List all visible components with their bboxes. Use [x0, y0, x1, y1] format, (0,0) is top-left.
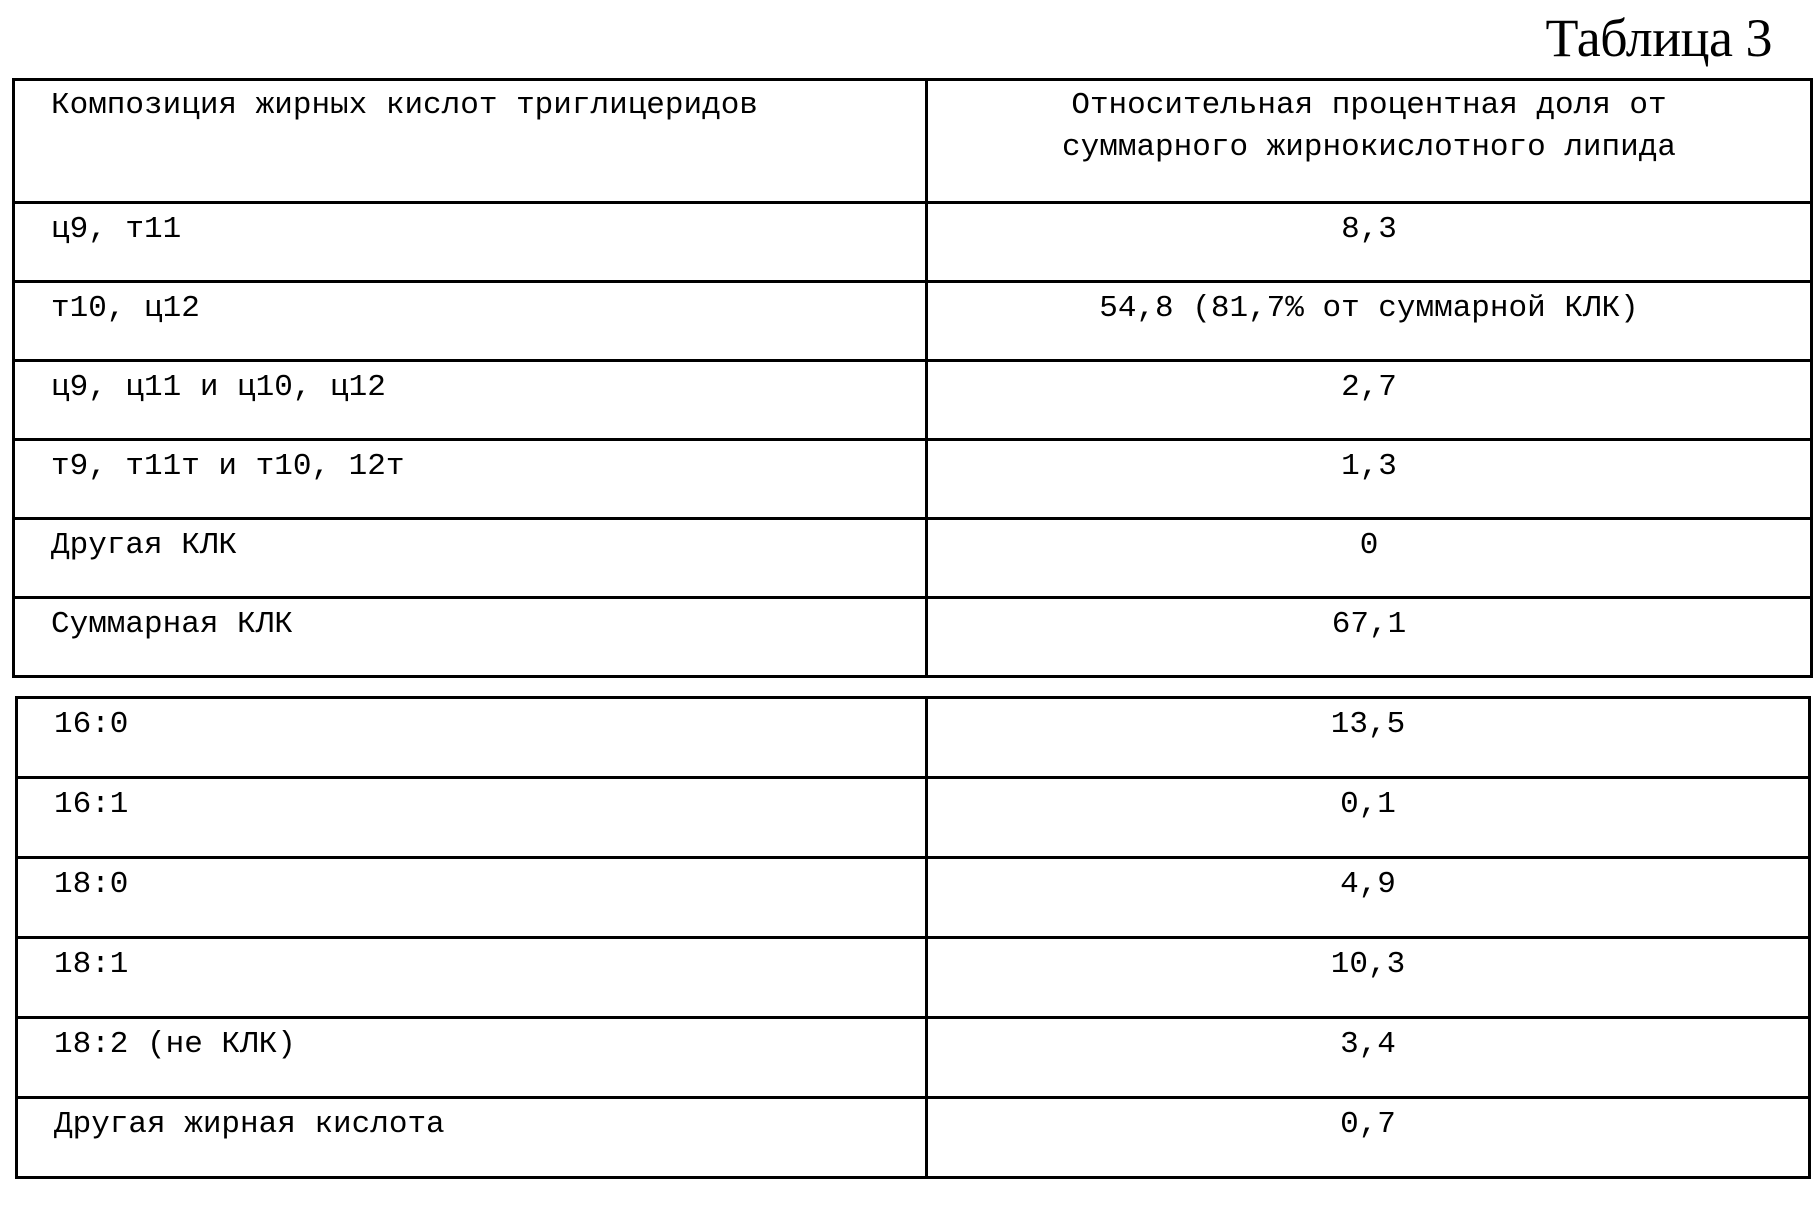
share-cell: 2,7	[927, 361, 1812, 440]
share-cell: 1,3	[927, 440, 1812, 519]
fatty-acid-table-part-2: 16:0 13,5 16:1 0,1 18:0 4,9 18:1 10,3 18…	[15, 696, 1811, 1179]
share-cell: 0,1	[927, 778, 1810, 858]
share-cell: 13,5	[927, 698, 1810, 778]
share-cell: 8,3	[927, 203, 1812, 282]
table-row: т10, ц12 54,8 (81,7% от суммарной КЛК)	[14, 282, 1812, 361]
composition-cell: т10, ц12	[14, 282, 927, 361]
share-cell: 10,3	[927, 938, 1810, 1018]
table-row: 16:1 0,1	[17, 778, 1810, 858]
table-row: ц9, ц11 и ц10, ц12 2,7	[14, 361, 1812, 440]
composition-cell: Другая жирная кислота	[17, 1098, 927, 1178]
column-header-composition: Композиция жирных кислот триглицеридов	[14, 80, 927, 203]
table-row: Другая жирная кислота 0,7	[17, 1098, 1810, 1178]
table-caption: Таблица 3	[1546, 8, 1772, 68]
share-cell: 4,9	[927, 858, 1810, 938]
composition-cell: 18:0	[17, 858, 927, 938]
share-cell: 0	[927, 519, 1812, 598]
share-cell: 0,7	[927, 1098, 1810, 1178]
table-row: 18:0 4,9	[17, 858, 1810, 938]
share-cell: 54,8 (81,7% от суммарной КЛК)	[927, 282, 1812, 361]
composition-cell: Суммарная КЛК	[14, 598, 927, 677]
composition-cell: 18:2 (не КЛК)	[17, 1018, 927, 1098]
share-cell: 67,1	[927, 598, 1812, 677]
composition-cell: 16:1	[17, 778, 927, 858]
share-cell: 3,4	[927, 1018, 1810, 1098]
composition-cell: ц9, ц11 и ц10, ц12	[14, 361, 927, 440]
composition-cell: 18:1	[17, 938, 927, 1018]
composition-cell: ц9, т11	[14, 203, 927, 282]
table-row: т9, т11т и т10, 12т 1,3	[14, 440, 1812, 519]
column-header-share: Относительная процентная доля от суммарн…	[927, 80, 1812, 203]
table-row: ц9, т11 8,3	[14, 203, 1812, 282]
table-row: Суммарная КЛК 67,1	[14, 598, 1812, 677]
table-row: Другая КЛК 0	[14, 519, 1812, 598]
composition-cell: т9, т11т и т10, 12т	[14, 440, 927, 519]
table-row: 16:0 13,5	[17, 698, 1810, 778]
table-row: 18:2 (не КЛК) 3,4	[17, 1018, 1810, 1098]
table-row: 18:1 10,3	[17, 938, 1810, 1018]
composition-cell: Другая КЛК	[14, 519, 927, 598]
fatty-acid-table-part-1: Композиция жирных кислот триглицеридов О…	[12, 78, 1813, 678]
table-header-row: Композиция жирных кислот триглицеридов О…	[14, 80, 1812, 203]
composition-cell: 16:0	[17, 698, 927, 778]
